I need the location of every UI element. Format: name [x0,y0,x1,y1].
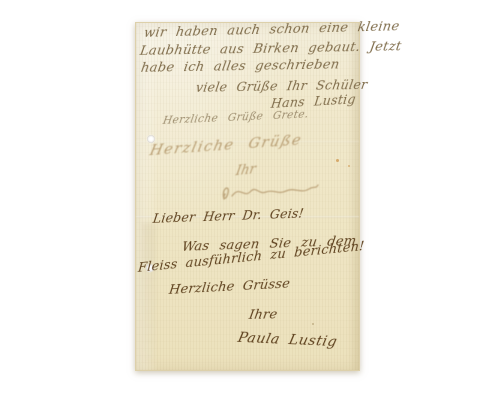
foxing-spot [348,165,350,167]
ink-bleedthrough [142,223,156,363]
letter-paper: wir haben auch schon eine kleine Laubhüt… [135,22,360,371]
foxing-spot [312,323,314,325]
handwriting-line-top-1: wir haben auch schon eine kleine [143,19,401,41]
foxing-spot [336,159,339,162]
handwriting-signature-hans-lustig: Hans Lustig [270,91,357,111]
handwriting-signature-paula-lustig: Paula Lustig [236,330,339,350]
handwriting-ihre: Ihre [248,307,279,323]
handwriting-salutation-dr-geis: Lieber Herr Dr. Geis! [152,206,305,226]
faded-handwriting-greeting: Herzliche Grüße [148,132,303,159]
photo-background: wir haben auch schon eine kleine Laubhüt… [0,0,493,394]
handwriting-closing-greeting: Herzliche Grüsse [168,277,291,298]
handwriting-line-top-2: Laubhütte aus Birken gebaut. Jetzt [139,39,403,59]
handwriting-line-top-3: habe ich alles geschrieben [140,58,341,77]
faded-handwriting-ihr: Ihr [235,162,257,179]
pencil-note-grete: Herzliche Grüße Grete. [162,109,310,127]
illegible-signature-flourish-icon [218,179,320,205]
